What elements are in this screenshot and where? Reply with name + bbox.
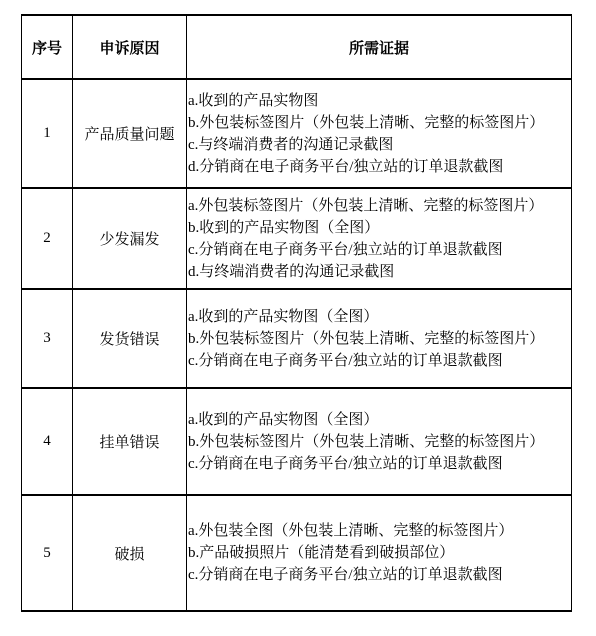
table-row: 2 少发漏发 a.外包装标签图片（外包装上清晰、完整的标签图片） b.收到的产品… xyxy=(22,188,572,289)
evidence-line: c.分销商在电子商务平台/独立站的订单退款截图 xyxy=(188,564,569,586)
col-header-serial-number: 序号 xyxy=(22,15,73,79)
serial-number-cell: 5 xyxy=(22,495,73,611)
evidence-line: b.产品破损照片（能清楚看到破损部位） xyxy=(188,542,569,564)
evidence-line: c.与终端消费者的沟通记录截图 xyxy=(188,134,569,156)
evidence-line: d.分销商在电子商务平台/独立站的订单退款截图 xyxy=(188,156,569,178)
evidence-line: c.分销商在电子商务平台/独立站的订单退款截图 xyxy=(188,350,569,372)
evidence-line: a.收到的产品实物图（全图） xyxy=(188,409,569,431)
appeal-reason-cell: 破损 xyxy=(73,495,187,611)
col-header-appeal-reason: 申诉原因 xyxy=(73,15,187,79)
appeal-reason-cell: 产品质量问题 xyxy=(73,79,187,188)
evidence-cell: a.外包装标签图片（外包装上清晰、完整的标签图片） b.收到的产品实物图（全图）… xyxy=(187,188,572,289)
table-row: 4 挂单错误 a.收到的产品实物图（全图） b.外包装标签图片（外包装上清晰、完… xyxy=(22,388,572,495)
evidence-cell: a.收到的产品实物图 b.外包装标签图片（外包装上清晰、完整的标签图片） c.与… xyxy=(187,79,572,188)
evidence-cell: a.外包装全图（外包装上清晰、完整的标签图片） b.产品破损照片（能清楚看到破损… xyxy=(187,495,572,611)
serial-number-cell: 4 xyxy=(22,388,73,495)
table-header-row: 序号 申诉原因 所需证据 xyxy=(22,15,572,79)
evidence-line: a.外包装标签图片（外包装上清晰、完整的标签图片） xyxy=(188,195,569,217)
evidence-line: b.外包装标签图片（外包装上清晰、完整的标签图片） xyxy=(188,431,569,453)
evidence-line: c.分销商在电子商务平台/独立站的订单退款截图 xyxy=(188,453,569,475)
appeal-reason-cell: 挂单错误 xyxy=(73,388,187,495)
table-row: 5 破损 a.外包装全图（外包装上清晰、完整的标签图片） b.产品破损照片（能清… xyxy=(22,495,572,611)
evidence-line: b.外包装标签图片（外包装上清晰、完整的标签图片） xyxy=(188,328,569,350)
evidence-cell: a.收到的产品实物图（全图） b.外包装标签图片（外包装上清晰、完整的标签图片）… xyxy=(187,388,572,495)
table-row: 3 发货错误 a.收到的产品实物图（全图） b.外包装标签图片（外包装上清晰、完… xyxy=(22,289,572,388)
serial-number-cell: 1 xyxy=(22,79,73,188)
evidence-line: c.分销商在电子商务平台/独立站的订单退款截图 xyxy=(188,239,569,261)
evidence-line: b.收到的产品实物图（全图） xyxy=(188,217,569,239)
evidence-line: b.外包装标签图片（外包装上清晰、完整的标签图片） xyxy=(188,112,569,134)
appeal-evidence-table: 序号 申诉原因 所需证据 1 产品质量问题 a.收到的产品实物图 b.外包装标签… xyxy=(21,14,572,612)
appeal-reason-cell: 发货错误 xyxy=(73,289,187,388)
table-row: 1 产品质量问题 a.收到的产品实物图 b.外包装标签图片（外包装上清晰、完整的… xyxy=(22,79,572,188)
col-header-required-evidence: 所需证据 xyxy=(187,15,572,79)
evidence-line: a.外包装全图（外包装上清晰、完整的标签图片） xyxy=(188,520,569,542)
evidence-cell: a.收到的产品实物图（全图） b.外包装标签图片（外包装上清晰、完整的标签图片）… xyxy=(187,289,572,388)
serial-number-cell: 2 xyxy=(22,188,73,289)
evidence-line: a.收到的产品实物图（全图） xyxy=(188,306,569,328)
appeal-reason-cell: 少发漏发 xyxy=(73,188,187,289)
evidence-line: d.与终端消费者的沟通记录截图 xyxy=(188,261,569,283)
evidence-line: a.收到的产品实物图 xyxy=(188,90,569,112)
serial-number-cell: 3 xyxy=(22,289,73,388)
